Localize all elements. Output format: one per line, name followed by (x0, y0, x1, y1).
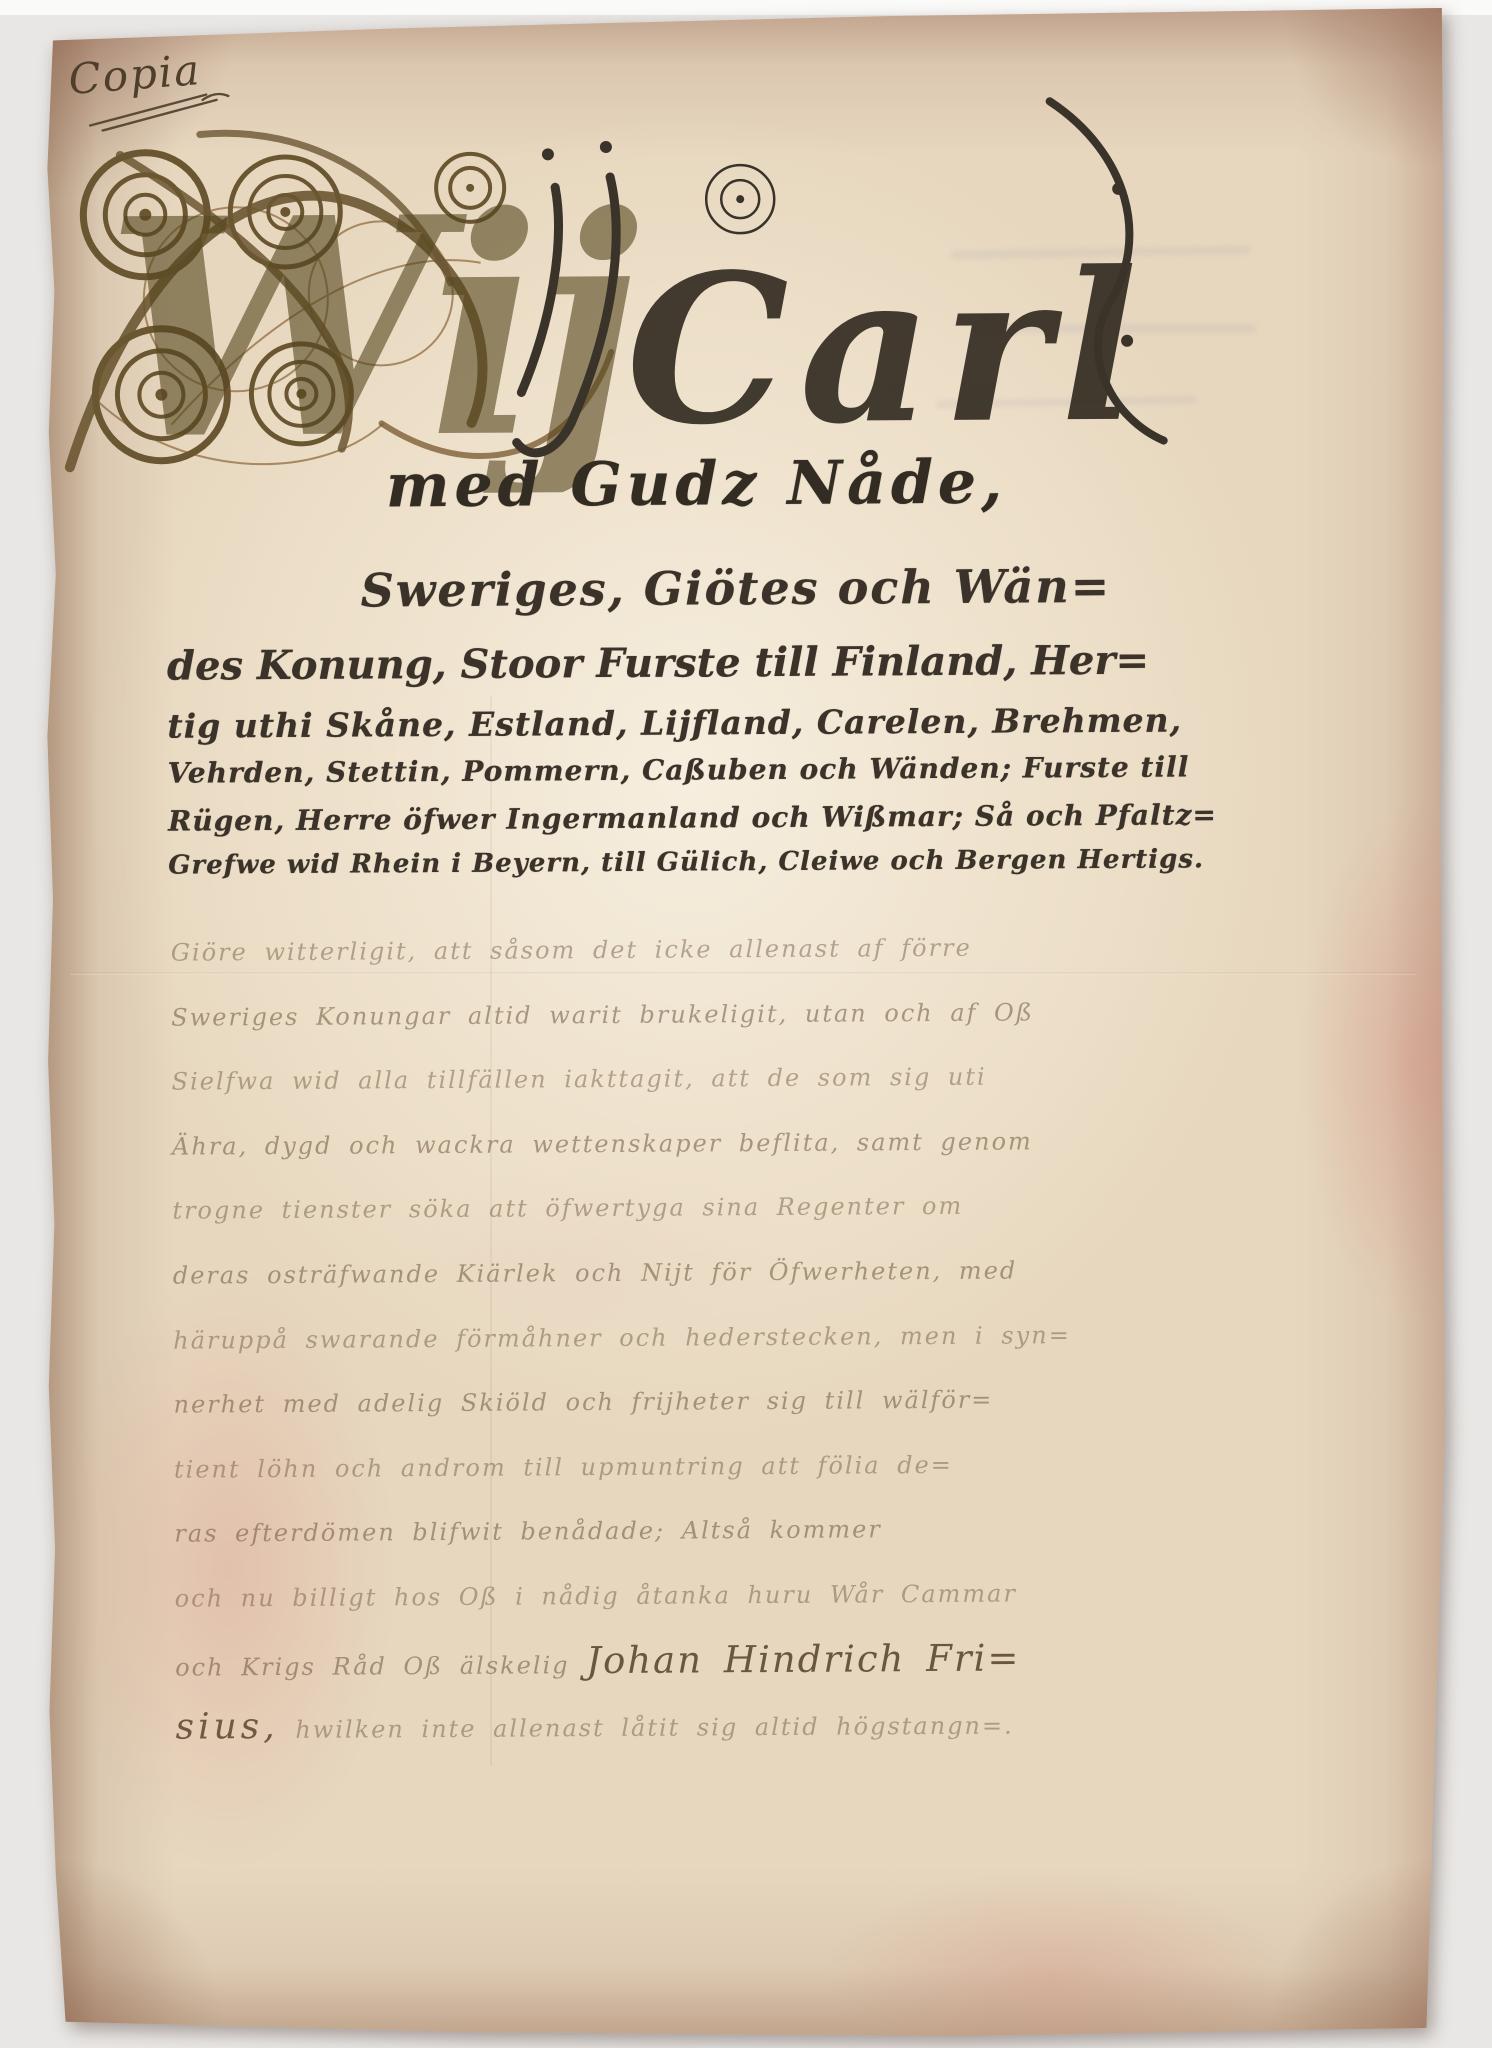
heading-title-line: Vehrden, Stettin, Pommern, Caßuben och W… (168, 750, 1190, 789)
body-line: och nu billigt hos Oß i nådig åtanka hur… (175, 1562, 995, 1632)
body-line: Sweriges Konungar altid warit brukeligit… (171, 980, 991, 1050)
heading-title-line: Grefwe wid Rhein i Beyern, till Gülich, … (168, 844, 1204, 880)
page-content: Copia (41, 1, 1453, 2040)
document-scan: Copia (0, 0, 1492, 2048)
heading-grace-line: med Gudz Nåde, (386, 448, 1007, 522)
body-line: Ähra, dygd och wackra wettenskaper befli… (172, 1109, 992, 1179)
heading-title-line: des Konung, Stoor Furste till Finland, H… (167, 637, 1149, 690)
body-line: häruppå swarande förmåhner och hederstec… (173, 1303, 993, 1373)
manuscript-page-wrap: Copia (46, 6, 1446, 2036)
body-line: Sielfwa wid alla tillfällen iakttagit, a… (171, 1045, 991, 1115)
body-line: trogne tienster söka att öfwertyga sina … (172, 1174, 992, 1244)
body-last-rest: hwilken inte allenast låtit sig altid hö… (279, 1712, 1014, 1744)
initial-word-carl: Carl (625, 228, 1148, 471)
body-line: nerhet med adelig Skiöld och frijheter s… (173, 1368, 993, 1438)
body-line-name: och Krigs Råd Oß älskelig Johan Hindrich… (175, 1626, 995, 1696)
body-name-prefix: och Krigs Råd Oß älskelig (175, 1651, 586, 1682)
heading-title-line: tig uthi Skåne, Estland, Lijfland, Carel… (167, 700, 1182, 745)
body-line: ras efterdömen blifwit benådade; Altså k… (174, 1497, 994, 1567)
recipient-name: Johan Hindrich Fri= (586, 1636, 1020, 1682)
heading-title-line: Sweriges, Giötes och Wän= (360, 559, 1111, 618)
calligraphy-initial-flourish: Wij Carl (50, 88, 1192, 495)
body-line-last: sius, hwilken inte allenast låtit sig al… (175, 1691, 995, 1761)
body-line: Giöre witterligit, att såsom det icke al… (171, 916, 991, 986)
body-line: deras osträfwande Kiärlek och Nijt för Ö… (173, 1239, 993, 1309)
recipient-name-continuation: sius, (175, 1706, 278, 1748)
heading-title-line: Rügen, Herre öfwer Ingermanland och Wißm… (168, 798, 1217, 837)
body-text-block: Giöre witterligit, att såsom det icke al… (171, 916, 996, 1761)
manuscript-page: Copia (46, 6, 1446, 2036)
body-line: tient löhn och androm till upmuntring at… (174, 1432, 994, 1502)
